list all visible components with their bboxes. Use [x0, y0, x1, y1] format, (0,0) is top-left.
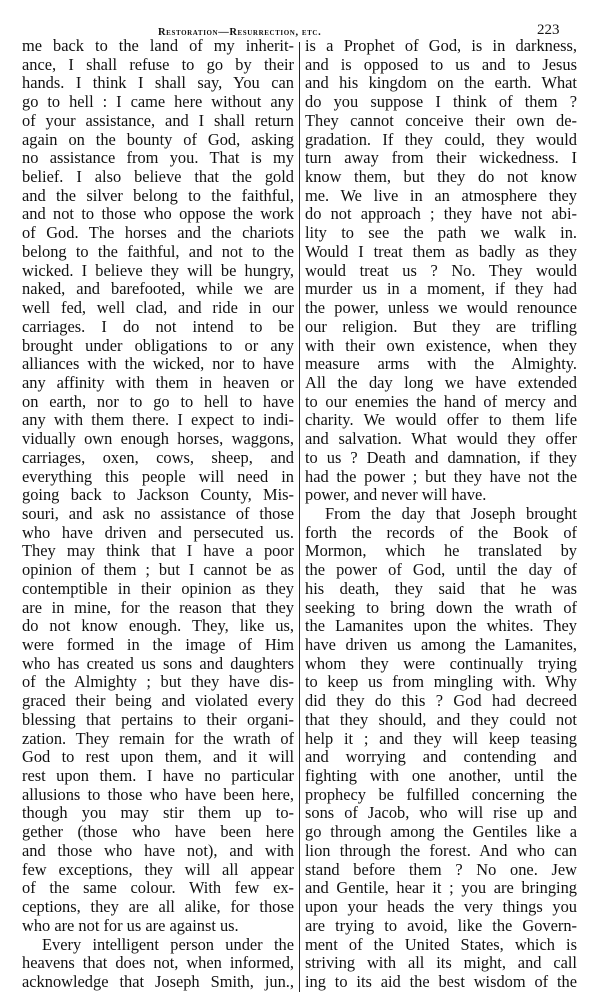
text-line: All the day long we have extended — [305, 374, 577, 393]
text-line: fighting with one another, until the — [305, 767, 577, 786]
text-line: belief. I also believe that the gold — [22, 168, 294, 187]
text-line: Would I treat them as badly as they — [305, 243, 577, 262]
text-line: lion through the forest. And who can — [305, 842, 577, 861]
text-line: and worrying and contending and — [305, 748, 577, 767]
text-line: going back to Jackson County, Mis- — [22, 486, 294, 505]
text-line: and is opposed to us and to Jesus — [305, 56, 577, 75]
text-line: know them, but they do not know — [305, 168, 577, 187]
text-line: and his kingdom on the earth. What — [305, 74, 577, 93]
text-line: do you suppose I think of them ? — [305, 93, 577, 112]
text-line: seeking to bring down the wrath of — [305, 599, 577, 618]
text-line: and salvation. What would they offer — [305, 430, 577, 449]
text-line: do not know enough. They, like us, — [22, 617, 294, 636]
text-line: no assistance from you. That is my — [22, 149, 294, 168]
text-line: well fed, well clad, and ride in our — [22, 299, 294, 318]
text-line: with their own existence, when they — [305, 337, 577, 356]
text-line: carriages. I do not intend to be — [22, 318, 294, 337]
text-line: who have driven and persecuted us. — [22, 524, 294, 543]
text-line: prophecy be fulfilled concerning the — [305, 786, 577, 805]
text-line: of the same colour. With few ex- — [22, 879, 294, 898]
text-line: rest upon them. I have no particular — [22, 767, 294, 786]
column-divider — [299, 42, 300, 992]
text-line: of God. The horses and the chariots — [22, 224, 294, 243]
text-line: souri, and ask no assistance of those — [22, 505, 294, 524]
text-line: zation. They remain for the wrath of — [22, 730, 294, 749]
text-line: graced their being and violated every — [22, 692, 294, 711]
text-line: measure arms with the Almighty. — [305, 355, 577, 374]
text-line: They cannot conceive their own de- — [305, 112, 577, 131]
text-line: the power of God, until the day of — [305, 561, 577, 580]
text-line: Every intelligent person under the — [22, 936, 294, 955]
text-line: who are not for us are against us. — [22, 917, 294, 936]
text-line: murder us in a moment, if they had — [305, 280, 577, 299]
text-line: From the day that Joseph brought — [305, 505, 577, 524]
left-column: me back to the land of my inherit-ance, … — [22, 37, 294, 992]
text-line: who has created us sons and daughters — [22, 655, 294, 674]
text-line: hands. I think I shall say, You can — [22, 74, 294, 93]
text-line: brought under obligations to or any — [22, 337, 294, 356]
text-line: go to hell : I came here without any — [22, 93, 294, 112]
text-line: that they should, and they could not — [305, 711, 577, 730]
text-line: of the Almighty ; but they have dis- — [22, 673, 294, 692]
text-line: charity. We would offer to them life — [305, 411, 577, 430]
text-line: Mormon, which he translated by — [305, 542, 577, 561]
text-line: help it ; and they will keep teasing — [305, 730, 577, 749]
text-line: lity to see the path we walk in. — [305, 224, 577, 243]
text-line: of your assistance, and I shall return — [22, 112, 294, 131]
text-line: and the silver belong to the faithful, — [22, 187, 294, 206]
text-line: stand before them ? No one. Jew — [305, 861, 577, 880]
text-line: God to rest upon them, and it will — [22, 748, 294, 767]
text-line: and Gentile, hear it ; you are bringing — [305, 879, 577, 898]
text-line: few exceptions, they will all appear — [22, 861, 294, 880]
text-line: power, and never will have. — [305, 486, 577, 505]
text-line: striving with all its might, and call — [305, 954, 577, 973]
text-line: on earth, nor to go to hell to have — [22, 393, 294, 412]
text-line: and not to those who oppose the work — [22, 205, 294, 224]
text-line: gether (those who have been here — [22, 823, 294, 842]
text-line: are trying to avoid, like the Govern- — [305, 917, 577, 936]
text-line: again on the bounty of God, asking — [22, 131, 294, 150]
text-line: alliances with the wicked, nor to have — [22, 355, 294, 374]
text-line: me. We live in an atmosphere they — [305, 187, 577, 206]
text-line: blessing that pertains to their organi- — [22, 711, 294, 730]
text-line: ceptions, they are all alike, for those — [22, 898, 294, 917]
text-line: to us ? Death and damnation, if they — [305, 449, 577, 468]
text-line: everything this people will need in — [22, 468, 294, 487]
text-line: did they do this ? God had decreed — [305, 692, 577, 711]
text-line: his death, they said that he was — [305, 580, 577, 599]
text-line: though you may stir them up to- — [22, 804, 294, 823]
text-line: sons of Jacob, who will rise up and — [305, 804, 577, 823]
text-line: upon your heads the very things you — [305, 898, 577, 917]
text-line: to keep us from mingling with. Why — [305, 673, 577, 692]
text-line: whom they were continually trying — [305, 655, 577, 674]
text-line: gradation. If they could, they would — [305, 131, 577, 150]
text-line: and those who have not), and with — [22, 842, 294, 861]
text-line: heavens that does not, when informed, — [22, 954, 294, 973]
text-line: had the power ; but they have not the — [305, 468, 577, 487]
right-column: is a Prophet of God, is in darkness,and … — [305, 37, 577, 992]
text-line: were formed in the image of Him — [22, 636, 294, 655]
text-line: the power, unless we would renounce — [305, 299, 577, 318]
text-line: contemptible in their opinion as they — [22, 580, 294, 599]
text-line: any affinity with them in heaven or — [22, 374, 294, 393]
text-line: go through among the Gentiles like a — [305, 823, 577, 842]
text-line: to our enemies the hand of mercy and — [305, 393, 577, 412]
text-line: acknowledge that Joseph Smith, jun., — [22, 973, 294, 992]
text-line: belong to the faithful, and not to the — [22, 243, 294, 262]
text-line: allusions to those who have been here, — [22, 786, 294, 805]
text-line: the Lamanites upon the whites. They — [305, 617, 577, 636]
text-line: ment of the United States, which is — [305, 936, 577, 955]
text-line: would treat us ? No. They would — [305, 262, 577, 281]
text-line: are in mine, for the reason that they — [22, 599, 294, 618]
text-line: forth the records of the Book of — [305, 524, 577, 543]
text-line: carriages, oxen, cows, sheep, and — [22, 449, 294, 468]
text-line: our religion. But they are trifling — [305, 318, 577, 337]
text-line: They may think that I have a poor — [22, 542, 294, 561]
text-line: is a Prophet of God, is in darkness, — [305, 37, 577, 56]
text-line: naked, and barefooted, while we are — [22, 280, 294, 299]
text-line: do not approach ; they have not abi- — [305, 205, 577, 224]
text-line: any with them there. I expect to indi- — [22, 411, 294, 430]
text-line: ing to its aid the best wisdom of the — [305, 973, 577, 992]
text-line: have driven us among the Lamanites, — [305, 636, 577, 655]
text-line: ance, I shall refuse to go by their — [22, 56, 294, 75]
text-line: opinion of them ; but I cannot be as — [22, 561, 294, 580]
text-line: me back to the land of my inherit- — [22, 37, 294, 56]
text-line: vidually own enough horses, waggons, — [22, 430, 294, 449]
text-line: turn away from their wickedness. I — [305, 149, 577, 168]
text-line: wicked. I believe they will be hungry, — [22, 262, 294, 281]
